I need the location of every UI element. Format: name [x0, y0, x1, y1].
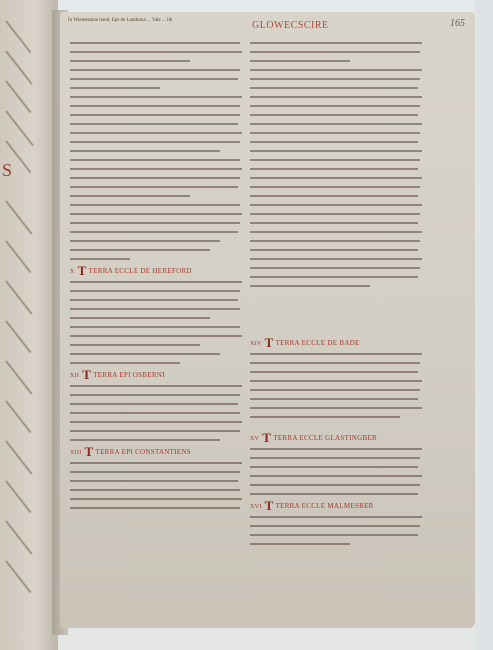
background-bottom: [38, 628, 478, 650]
folio-number: 165: [450, 18, 465, 29]
section-heading: XIVTTERRA ECCLE DE BADE: [250, 335, 430, 349]
section-heading: XVITTERRA ECCLE MALMESBER: [250, 498, 430, 512]
section-heading: XVTTERRA ECCLE GLASTINGBER: [250, 430, 430, 444]
manuscript-page: In Wlemestane hund. Eps de Lundonia ... …: [60, 12, 475, 628]
section-heading: XIIITTERRA EPI CONSTANTIENS: [70, 444, 250, 458]
section-heading: XTTERRA ECCLE DE HEREFORD: [70, 263, 250, 277]
background-right: [475, 0, 493, 650]
right-column: XIVTTERRA ECCLE DE BADE XVTTERRA ECCLE G…: [250, 38, 430, 548]
facing-page: S: [0, 0, 58, 650]
facing-rubric-initial: S: [2, 160, 12, 181]
county-heading: GLOWECSCIRE: [252, 20, 329, 31]
top-rubric-line: In Wlemestane hund. Eps de Lundonia ... …: [68, 18, 248, 23]
section-heading: XIITTERRA EPI OSBERNI: [70, 367, 250, 381]
left-column: XTTERRA ECCLE DE HEREFORD XIITTERRA EPI …: [70, 38, 250, 512]
